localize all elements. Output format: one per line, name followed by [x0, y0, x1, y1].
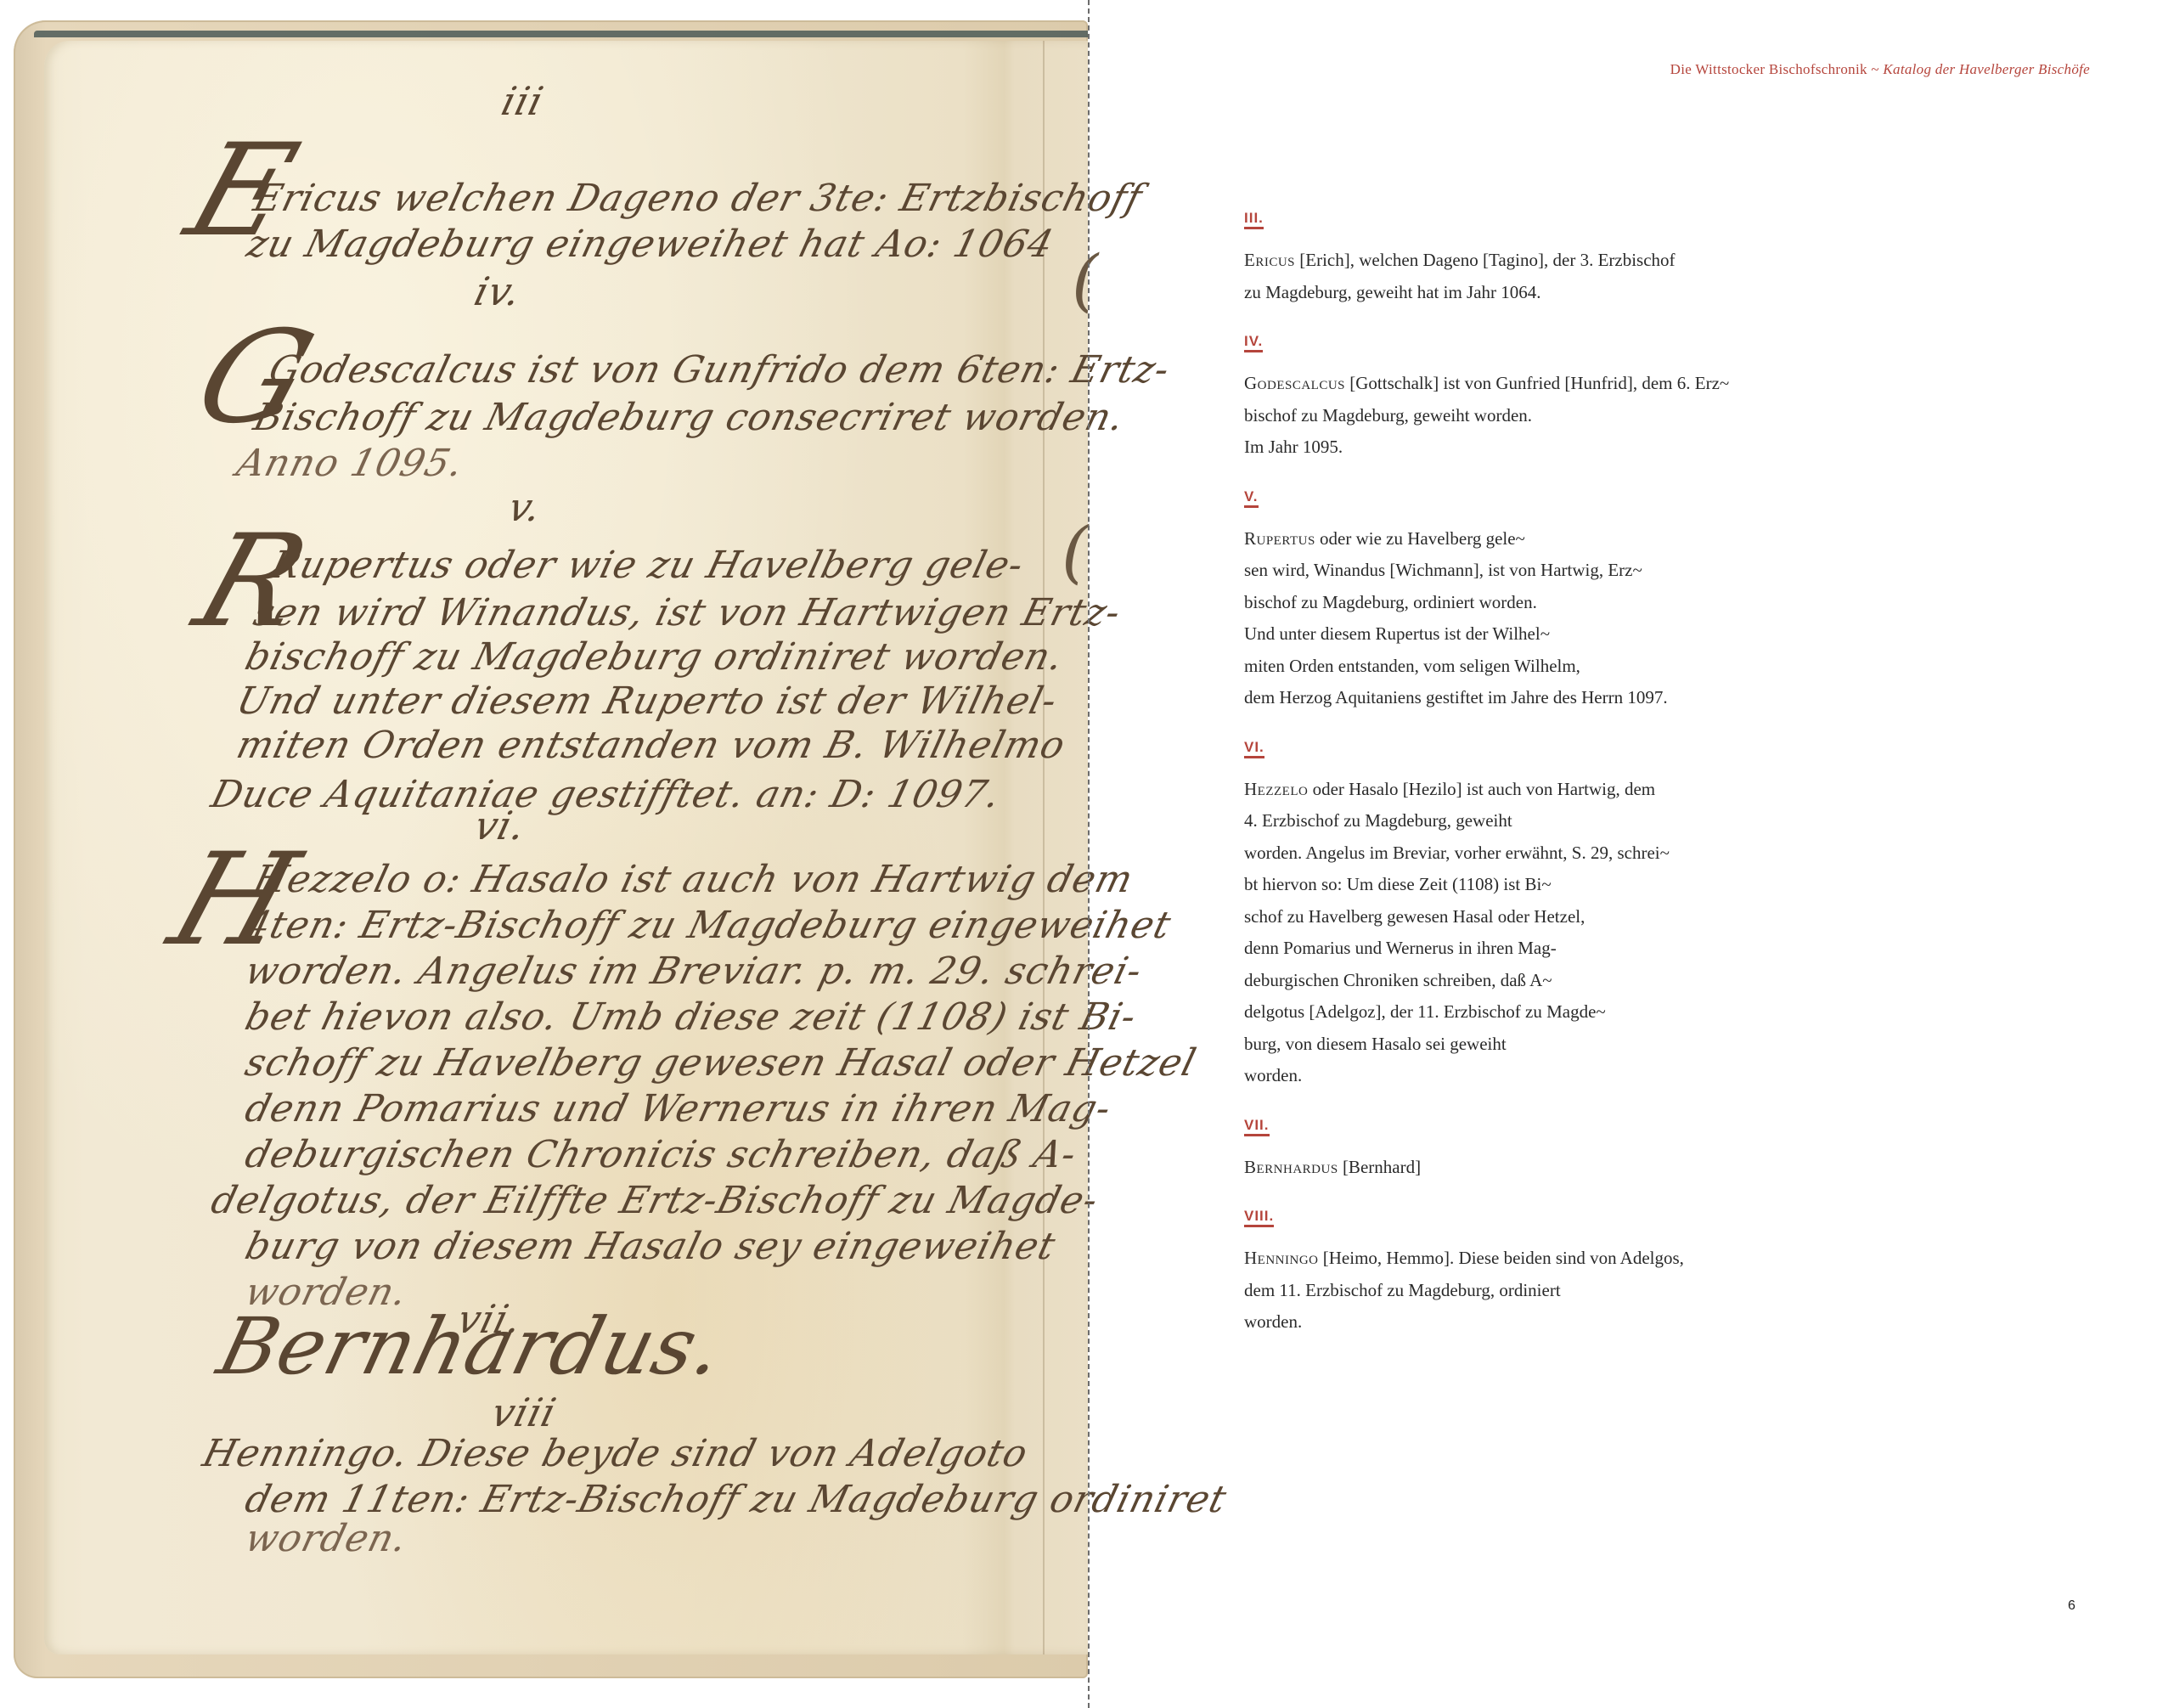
text-line: bischof zu Magdeburg, geweiht worden.	[1244, 400, 1890, 432]
manuscript-line: zu Magdeburg eingeweihet hat Ao: 1064	[243, 223, 1058, 266]
running-head-title: Die Wittstocker Bischofschronik ~	[1670, 61, 1884, 77]
text-line: Im Jahr 1095.	[1244, 431, 1890, 464]
entry-text: Bernhardus [Bernhard]	[1244, 1152, 1890, 1184]
entry-vi: VI. Hezzelo oder Hasalo [Hezilo] ist auc…	[1244, 740, 1890, 1092]
facing-page-ink-mark: (	[1062, 518, 1088, 586]
text-line: oder Hasalo [Hezilo] ist auch von Hartwi…	[1308, 779, 1655, 799]
manuscript-line: miten Orden entstanden vom B. Wilhelmo	[233, 724, 1070, 767]
manuscript-heading-viii: viii	[487, 1390, 561, 1435]
manuscript-line: Godescalcus ist von Gunfrido dem 6ten: E…	[265, 348, 1174, 392]
text-line: Und unter diesem Rupertus ist der Wilhel…	[1244, 618, 1890, 651]
bishop-name: Rupertus	[1244, 528, 1315, 549]
text-line: deburgischen Chroniken schreiben, daß A~	[1244, 965, 1890, 997]
text-line: miten Orden entstanden, vom seligen Wilh…	[1244, 651, 1890, 683]
manuscript-line: Duce Aquitaniae gestifftet. an: D: 1097.	[207, 773, 1005, 816]
bishop-name: Ericus	[1244, 250, 1295, 270]
manuscript-line: bet hievon also. Umb diese zeit (1108) i…	[241, 995, 1141, 1039]
gutter-fold	[1043, 41, 1045, 1654]
manuscript-line: denn Pomarius und Wernerus in ihren Mag-	[241, 1087, 1116, 1130]
manuscript-line: Henningo. Diese beyde sind von Adelgoto	[199, 1432, 1033, 1475]
running-head: Die Wittstocker Bischofschronik ~ Katalo…	[1670, 61, 2090, 78]
text-line: oder wie zu Havelberg gele~	[1315, 528, 1525, 549]
entry-number: V.	[1244, 489, 1259, 508]
text-line: worden.	[1244, 1060, 1890, 1092]
text-line: schof zu Havelberg gewesen Hasal oder He…	[1244, 901, 1890, 933]
text-line: zu Magdeburg, geweiht hat im Jahr 1064.	[1244, 277, 1890, 309]
page-number: 6	[2068, 1598, 2075, 1614]
text-line: [Gottschalk] ist von Gunfried [Hunfrid],…	[1345, 373, 1729, 393]
book-top-edge	[34, 31, 1088, 37]
entry-text: Hezzelo oder Hasalo [Hezilo] ist auch vo…	[1244, 774, 1890, 1092]
entry-number: III.	[1244, 211, 1264, 229]
manuscript-line: sen wird Winandus, ist von Hartwigen Ert…	[250, 591, 1126, 634]
text-line: burg, von diesem Hasalo sei geweiht	[1244, 1029, 1890, 1061]
entry-v: V. Rupertus oder wie zu Havelberg gele~ …	[1244, 489, 1890, 714]
manuscript-line: bischoff zu Magdeburg ordiniret worden.	[241, 635, 1068, 679]
transcript-body: III. Ericus [Erich], welchen Dageno [Tag…	[1244, 211, 1890, 1364]
entry-number: VI.	[1244, 740, 1264, 758]
manuscript-line: schoff zu Havelberg gewesen Hasal oder H…	[241, 1041, 1201, 1085]
entry-number: IV.	[1244, 334, 1263, 352]
text-line: worden. Angelus im Breviar, vorher erwäh…	[1244, 837, 1890, 870]
transcription-page: Die Wittstocker Bischofschronik ~ Katalo…	[1090, 0, 2174, 1708]
entry-viii: VIII. Henningo [Heimo, Hemmo]. Diese bei…	[1244, 1209, 1890, 1339]
text-line: denn Pomarius und Wernerus in ihren Mag-	[1244, 933, 1890, 965]
manuscript-line: burg von diesem Hasalo sey eingeweihet	[241, 1225, 1061, 1268]
manuscript-line: dem 11ten: Ertz-Bischoff zu Magdeburg or…	[241, 1478, 1231, 1521]
entry-text: Godescalcus [Gottschalk] ist von Gunfrie…	[1244, 368, 1890, 464]
entry-text: Henningo [Heimo, Hemmo]. Diese beiden si…	[1244, 1243, 1890, 1339]
entry-text: Rupertus oder wie zu Havelberg gele~ sen…	[1244, 523, 1890, 714]
text-line: dem Herzog Aquitaniens gestiftet im Jahr…	[1244, 682, 1890, 714]
manuscript-line: deburgischen Chronicis schreiben, daß A-	[241, 1133, 1081, 1176]
bishop-name: Godescalcus	[1244, 373, 1345, 393]
manuscript-line: Und unter diesem Ruperto ist der Wilhel-	[233, 679, 1062, 723]
entry-iii: III. Ericus [Erich], welchen Dageno [Tag…	[1244, 211, 1890, 308]
text-line: bischof zu Magdeburg, ordiniert worden.	[1244, 587, 1890, 619]
manuscript-line: Anno 1095.	[233, 442, 469, 485]
manuscript-line: Bischoff zu Magdeburg consecriret worden…	[250, 396, 1129, 439]
manuscript-line: Bernhardus.	[211, 1308, 731, 1386]
text-line: [Erich], welchen Dageno [Tagino], der 3.…	[1295, 250, 1676, 270]
manuscript-line: 4ten: Ertz-Bischoff zu Magdeburg eingewe…	[241, 904, 1176, 947]
manuscript-line: worden.	[241, 1517, 412, 1560]
text-line: worden.	[1244, 1306, 1890, 1339]
manuscript-facsimile: iii E Ericus welchen Dageno der 3te: Ert…	[0, 0, 1088, 1708]
manuscript-line: Rupertus oder wie zu Havelberg gele-	[267, 544, 1028, 587]
text-line: [Bernhard]	[1338, 1157, 1421, 1177]
running-head-subtitle: Katalog der Havelberger Bischöfe	[1883, 61, 2090, 77]
text-line: [Heimo, Hemmo]. Diese beiden sind von Ad…	[1319, 1248, 1684, 1268]
text-line: delgotus [Adelgoz], der 11. Erzbischof z…	[1244, 996, 1890, 1029]
manuscript-line: Hezzelo o: Hasalo ist auch von Hartwig d…	[250, 858, 1138, 901]
bishop-name: Hezzelo	[1244, 779, 1308, 799]
entry-vii: VII. Bernhardus [Bernhard]	[1244, 1118, 1890, 1184]
text-line: bt hiervon so: Um diese Zeit (1108) ist …	[1244, 869, 1890, 901]
text-line: 4. Erzbischof zu Magdeburg, geweiht	[1244, 805, 1890, 837]
bishop-name: Henningo	[1244, 1248, 1319, 1268]
manuscript-line: worden. Angelus im Breviar. p. m. 29. sc…	[241, 950, 1147, 993]
entry-text: Ericus [Erich], welchen Dageno [Tagino],…	[1244, 245, 1890, 308]
bishop-name: Bernhardus	[1244, 1157, 1338, 1177]
entry-number: VIII.	[1244, 1209, 1274, 1227]
entry-number: VII.	[1244, 1118, 1270, 1136]
text-line: sen wird, Winandus [Wichmann], ist von H…	[1244, 555, 1890, 587]
manuscript-line: Ericus welchen Dageno der 3te: Ertzbisch…	[250, 177, 1147, 220]
entry-iv: IV. Godescalcus [Gottschalk] ist von Gun…	[1244, 334, 1890, 464]
manuscript-line: delgotus, der Eilffte Ertz-Bischoff zu M…	[207, 1179, 1103, 1222]
text-line: dem 11. Erzbischof zu Magdeburg, ordinie…	[1244, 1275, 1890, 1307]
